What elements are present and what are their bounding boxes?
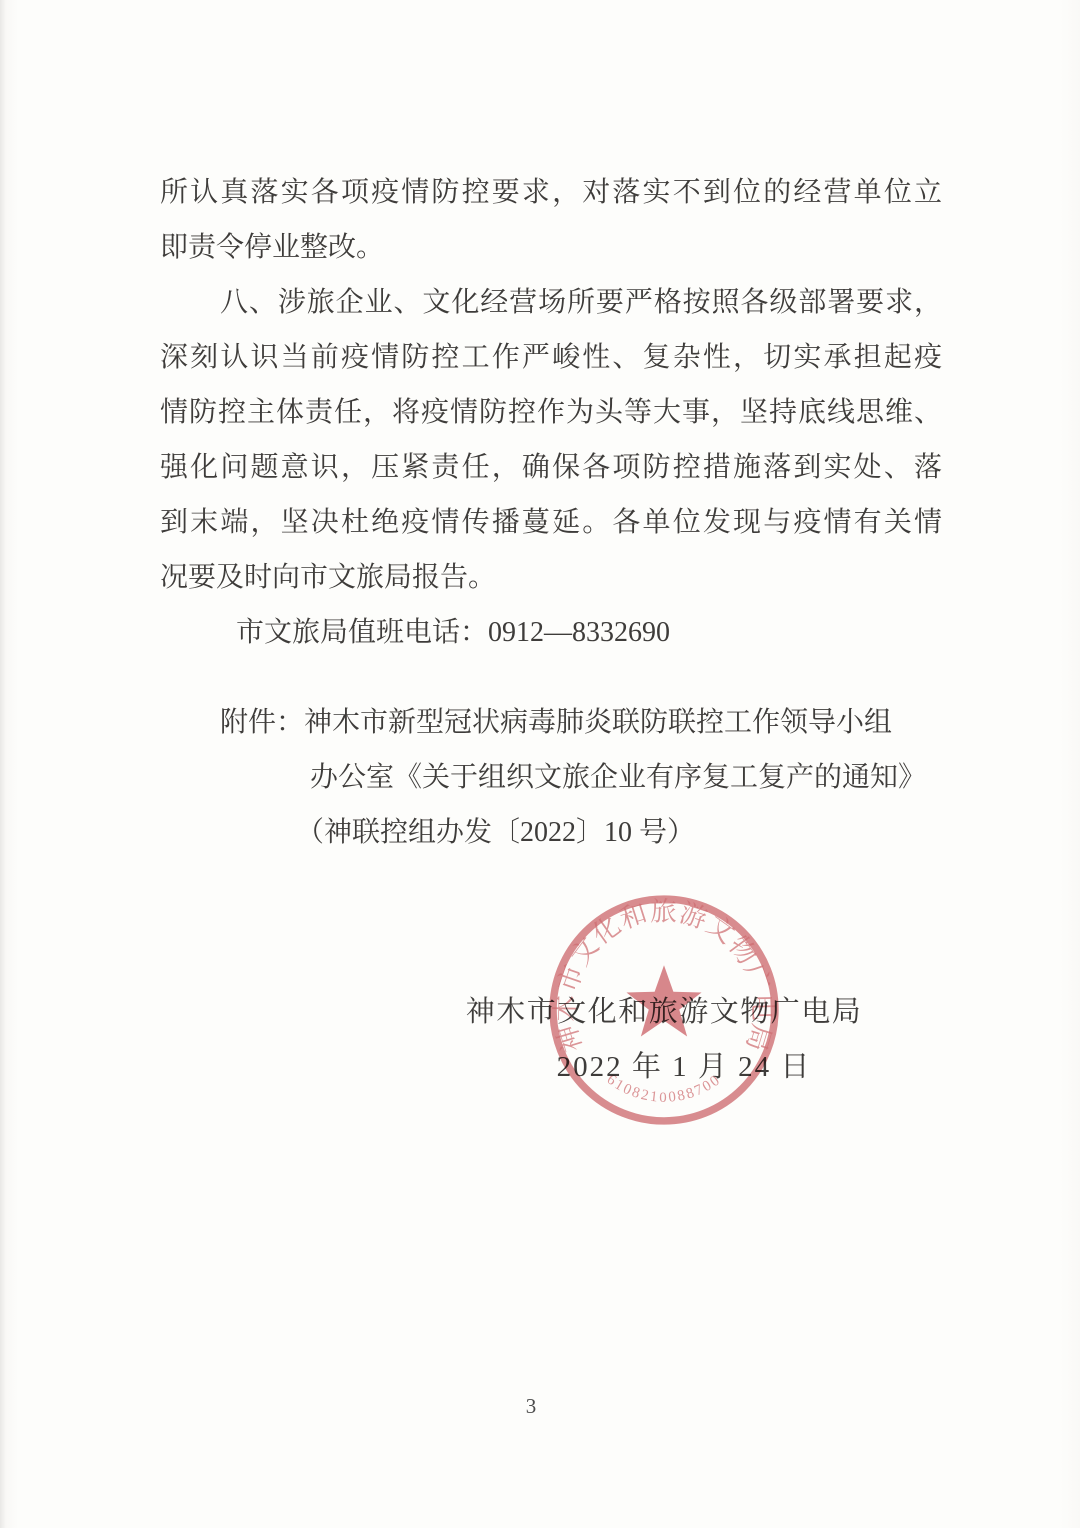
body-paragraphs: 所认真落实各项疫情防控要求，对落实不到位的经营单位立 即责令停业整改。 八、涉旅…	[160, 165, 942, 660]
attachment-line: 办公室《关于组织文旅企业有序复工复产的通知》	[160, 750, 960, 805]
body-line: 八、涉旅企业、文化经营场所要严格按照各级部署要求，	[220, 275, 942, 330]
seal-star-icon	[626, 965, 701, 1036]
attachment-line: 附件：神木市新型冠状病毒肺炎联防联控工作领导小组	[160, 695, 960, 750]
body-line: 深刻认识当前疫情防控工作严峻性、复杂性，切实承担起疫	[160, 330, 942, 385]
document-page: 所认真落实各项疫情防控要求，对落实不到位的经营单位立 即责令停业整改。 八、涉旅…	[0, 0, 1080, 1528]
body-line: 到末端，坚决杜绝疫情传播蔓延。各单位发现与疫情有关情	[160, 495, 942, 550]
seal-code-text: 6108210088700	[604, 1072, 725, 1106]
official-seal-icon: 神木市文化和旅游文物广电局 6108210088700	[536, 882, 792, 1138]
body-line: 所认真落实各项疫情防控要求，对落实不到位的经营单位立	[160, 165, 942, 220]
attachment-block: 附件：神木市新型冠状病毒肺炎联防联控工作领导小组 办公室《关于组织文旅企业有序复…	[160, 695, 960, 860]
body-line: 强化问题意识，压紧责任，确保各项防控措施落到实处、落	[160, 440, 942, 495]
body-line: 况要及时向市文旅局报告。	[160, 550, 942, 605]
duty-phone-line: 市文旅局值班电话：0912—8332690	[160, 605, 942, 660]
body-line: 即责令停业整改。	[160, 220, 942, 275]
page-number: 3	[499, 1394, 563, 1419]
attachment-line: （神联控组办发〔2022〕10 号）	[160, 805, 960, 860]
body-line: 情防控主体责任，将疫情防控作为头等大事，坚持底线思维、	[160, 385, 942, 440]
